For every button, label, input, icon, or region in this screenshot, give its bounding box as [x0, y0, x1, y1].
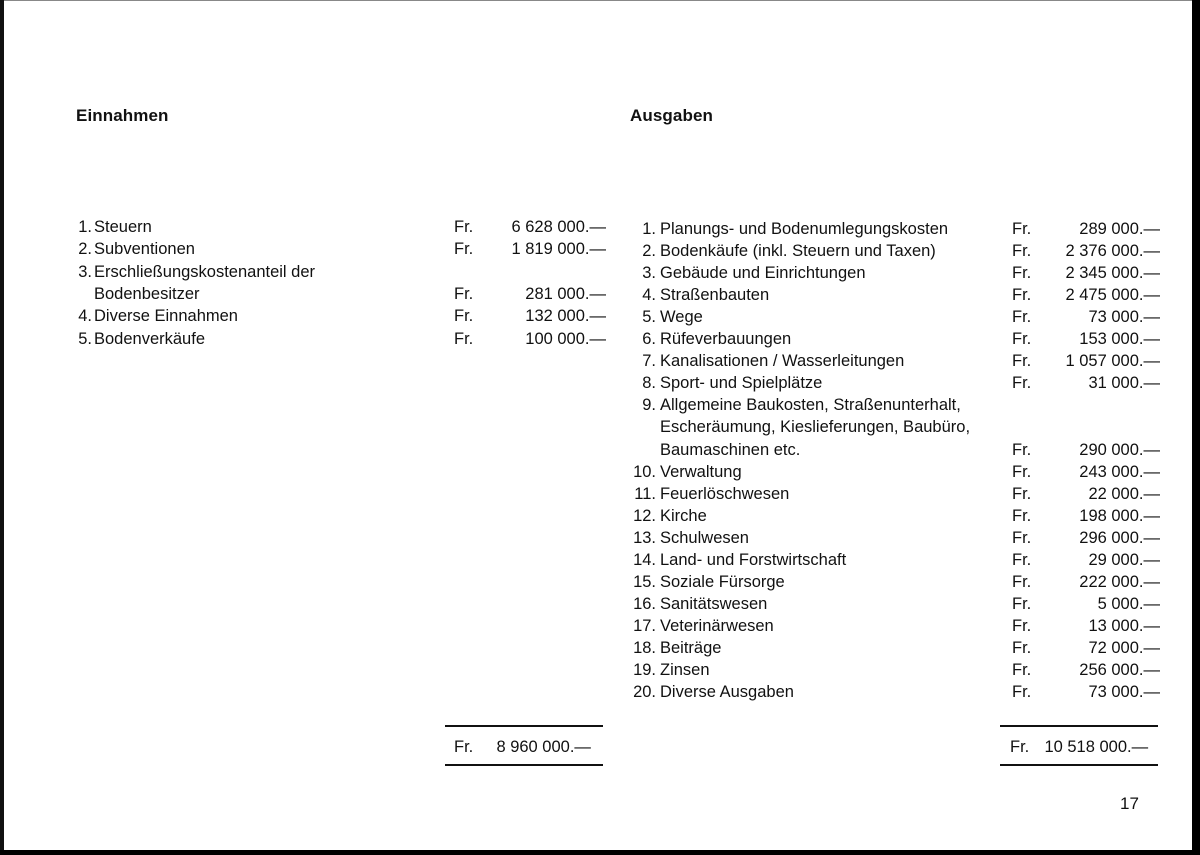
list-item: 18.BeiträgeFr.72 000.—: [628, 637, 1160, 659]
item-currency: Fr.: [1012, 659, 1031, 681]
income-total: Fr. 8 960 000.—: [454, 736, 591, 758]
item-currency: Fr.: [454, 238, 473, 260]
expense-total: Fr. 10 518 000.—: [1010, 736, 1148, 758]
list-item: 5.WegeFr.73 000.—: [628, 306, 1160, 328]
item-currency: Fr.: [1012, 681, 1031, 703]
item-label: Subventionen: [94, 238, 195, 260]
item-currency: Fr.: [454, 305, 473, 327]
item-label: Sanitätswesen: [660, 593, 767, 615]
list-item: 19.ZinsenFr.256 000.—: [628, 659, 1160, 681]
item-currency: Fr.: [1012, 505, 1031, 527]
item-number: 19.: [628, 659, 656, 681]
item-number: 18.: [628, 637, 656, 659]
expense-total-rule-top: [1000, 725, 1158, 727]
list-item: 5.BodenverkäufeFr.100 000.—: [76, 328, 606, 350]
expense-total-currency: Fr.: [1010, 738, 1029, 756]
item-label: Beiträge: [660, 637, 721, 659]
item-label: Diverse Ausgaben: [660, 681, 794, 703]
item-number: 13.: [628, 527, 656, 549]
income-total-currency: Fr.: [454, 738, 473, 756]
list-item: 17.VeterinärwesenFr.13 000.—: [628, 615, 1160, 637]
item-number: 6.: [628, 328, 656, 350]
item-amount: 243 000.—: [1040, 461, 1160, 483]
item-number: 4.: [628, 284, 656, 306]
item-number: 2.: [628, 240, 656, 262]
list-item: 4.StraßenbautenFr.2 475 000.—: [628, 284, 1160, 306]
expenses-heading: Ausgaben: [630, 106, 713, 126]
item-label: Baumaschinen etc.: [660, 439, 800, 461]
page-edge-top: [4, 0, 1194, 1]
item-amount: 296 000.—: [1040, 527, 1160, 549]
item-amount: 73 000.—: [1040, 306, 1160, 328]
page-edge-left: [0, 0, 4, 855]
item-amount: 222 000.—: [1040, 571, 1160, 593]
item-currency: Fr.: [1012, 549, 1031, 571]
list-item: 2.Bodenkäufe (inkl. Steuern und Taxen)Fr…: [628, 240, 1160, 262]
item-number: 16.: [628, 593, 656, 615]
item-amount: 1 819 000.—: [476, 238, 606, 260]
item-number: 12.: [628, 505, 656, 527]
item-currency: Fr.: [1012, 461, 1031, 483]
item-currency: Fr.: [454, 328, 473, 350]
list-item: 4.Diverse EinnahmenFr.132 000.—: [76, 305, 606, 327]
page-edge-bottom: [0, 850, 1200, 855]
list-item: 3.Erschließungskostenanteil der: [76, 261, 606, 283]
list-item: 8.Sport- und SpielplätzeFr.31 000.—: [628, 372, 1160, 394]
item-amount: 13 000.—: [1040, 615, 1160, 637]
item-amount: 256 000.—: [1040, 659, 1160, 681]
item-amount: 29 000.—: [1040, 549, 1160, 571]
list-item: 1.Planungs- und BodenumlegungskostenFr.2…: [628, 218, 1160, 240]
item-label: Land- und Forstwirtschaft: [660, 549, 846, 571]
item-amount: 22 000.—: [1040, 483, 1160, 505]
item-amount: 5 000.—: [1040, 593, 1160, 615]
item-currency: Fr.: [1012, 571, 1031, 593]
item-label: Erschließungskostenanteil der: [94, 261, 315, 283]
item-currency: Fr.: [1012, 350, 1031, 372]
list-item: 16.SanitätswesenFr.5 000.—: [628, 593, 1160, 615]
item-amount: 31 000.—: [1040, 372, 1160, 394]
item-number: 9.: [628, 394, 656, 416]
item-amount: 132 000.—: [476, 305, 606, 327]
item-number: 8.: [628, 372, 656, 394]
list-item: 7.Kanalisationen / WasserleitungenFr.1 0…: [628, 350, 1160, 372]
item-currency: Fr.: [1012, 439, 1031, 461]
item-label: Kirche: [660, 505, 707, 527]
item-label: Schulwesen: [660, 527, 749, 549]
item-label: Planungs- und Bodenumlegungskosten: [660, 218, 948, 240]
list-item: 12.KircheFr.198 000.—: [628, 505, 1160, 527]
item-currency: Fr.: [454, 283, 473, 305]
list-item: 15.Soziale FürsorgeFr.222 000.—: [628, 571, 1160, 593]
item-number: 4.: [76, 305, 92, 327]
item-label: Kanalisationen / Wasserleitungen: [660, 350, 904, 372]
item-number: 2.: [76, 238, 92, 260]
item-currency: Fr.: [1012, 262, 1031, 284]
item-amount: 72 000.—: [1040, 637, 1160, 659]
list-item: BodenbesitzerFr.281 000.—: [76, 283, 606, 305]
income-total-rule-top: [445, 725, 603, 727]
item-currency: Fr.: [1012, 284, 1031, 306]
item-label: Soziale Fürsorge: [660, 571, 785, 593]
list-item: 20.Diverse AusgabenFr.73 000.—: [628, 681, 1160, 703]
list-item: 13.SchulwesenFr.296 000.—: [628, 527, 1160, 549]
item-label: Wege: [660, 306, 703, 328]
item-amount: 1 057 000.—: [1040, 350, 1160, 372]
item-amount: 198 000.—: [1040, 505, 1160, 527]
item-label: Feuerlöschwesen: [660, 483, 789, 505]
list-item: 6.RüfeverbauungenFr.153 000.—: [628, 328, 1160, 350]
item-currency: Fr.: [1012, 240, 1031, 262]
item-number: 14.: [628, 549, 656, 571]
item-label: Sport- und Spielplätze: [660, 372, 822, 394]
item-currency: Fr.: [1012, 527, 1031, 549]
item-number: 5.: [628, 306, 656, 328]
item-number: 7.: [628, 350, 656, 372]
list-item: 9.Allgemeine Baukosten, Straßenunterhalt…: [628, 394, 1160, 416]
item-amount: 2 345 000.—: [1040, 262, 1160, 284]
list-item: 11.FeuerlöschwesenFr.22 000.—: [628, 483, 1160, 505]
item-label: Escheräumung, Kieslieferungen, Baubüro,: [660, 416, 970, 438]
list-item: 14.Land- und ForstwirtschaftFr.29 000.—: [628, 549, 1160, 571]
item-label: Diverse Einnahmen: [94, 305, 238, 327]
item-amount: 100 000.—: [476, 328, 606, 350]
income-total-rule-bottom: [445, 764, 603, 766]
item-amount: 153 000.—: [1040, 328, 1160, 350]
item-amount: 281 000.—: [476, 283, 606, 305]
income-total-amount: 8 960 000.—: [496, 738, 591, 756]
list-item: Escheräumung, Kieslieferungen, Baubüro,: [628, 416, 1160, 438]
item-label: Rüfeverbauungen: [660, 328, 791, 350]
income-heading: Einnahmen: [76, 106, 169, 126]
item-label: Verwaltung: [660, 461, 742, 483]
item-number: 10.: [628, 461, 656, 483]
item-label: Allgemeine Baukosten, Straßenunterhalt,: [660, 394, 961, 416]
item-currency: Fr.: [1012, 483, 1031, 505]
item-amount: 289 000.—: [1040, 218, 1160, 240]
item-amount: 2 475 000.—: [1040, 284, 1160, 306]
item-currency: Fr.: [1012, 306, 1031, 328]
item-label: Bodenkäufe (inkl. Steuern und Taxen): [660, 240, 936, 262]
item-currency: Fr.: [1012, 593, 1031, 615]
item-currency: Fr.: [1012, 372, 1031, 394]
list-item: Baumaschinen etc.Fr.290 000.—: [628, 439, 1160, 461]
item-amount: 290 000.—: [1040, 439, 1160, 461]
list-item: 3.Gebäude und EinrichtungenFr.2 345 000.…: [628, 262, 1160, 284]
item-label: Zinsen: [660, 659, 710, 681]
expense-total-rule-bottom: [1000, 764, 1158, 766]
item-currency: Fr.: [1012, 218, 1031, 240]
item-currency: Fr.: [1012, 328, 1031, 350]
list-item: 10.VerwaltungFr.243 000.—: [628, 461, 1160, 483]
item-number: 3.: [76, 261, 92, 283]
item-number: 15.: [628, 571, 656, 593]
item-number: 17.: [628, 615, 656, 637]
item-label: Bodenbesitzer: [94, 283, 200, 305]
page-edge-right: [1192, 0, 1200, 855]
item-label: Bodenverkäufe: [94, 328, 205, 350]
item-number: 1.: [76, 216, 92, 238]
page-number: 17: [1120, 794, 1139, 814]
item-amount: 6 628 000.—: [476, 216, 606, 238]
item-label: Steuern: [94, 216, 152, 238]
list-item: 1.SteuernFr.6 628 000.—: [76, 216, 606, 238]
item-number: 1.: [628, 218, 656, 240]
item-label: Veterinärwesen: [660, 615, 774, 637]
item-amount: 73 000.—: [1040, 681, 1160, 703]
item-label: Straßenbauten: [660, 284, 769, 306]
item-number: 3.: [628, 262, 656, 284]
item-number: 20.: [628, 681, 656, 703]
item-currency: Fr.: [1012, 615, 1031, 637]
item-amount: 2 376 000.—: [1040, 240, 1160, 262]
item-currency: Fr.: [1012, 637, 1031, 659]
item-number: 5.: [76, 328, 92, 350]
item-number: 11.: [628, 483, 656, 505]
item-label: Gebäude und Einrichtungen: [660, 262, 866, 284]
item-currency: Fr.: [454, 216, 473, 238]
expense-total-amount: 10 518 000.—: [1044, 738, 1148, 756]
list-item: 2.SubventionenFr.1 819 000.—: [76, 238, 606, 260]
